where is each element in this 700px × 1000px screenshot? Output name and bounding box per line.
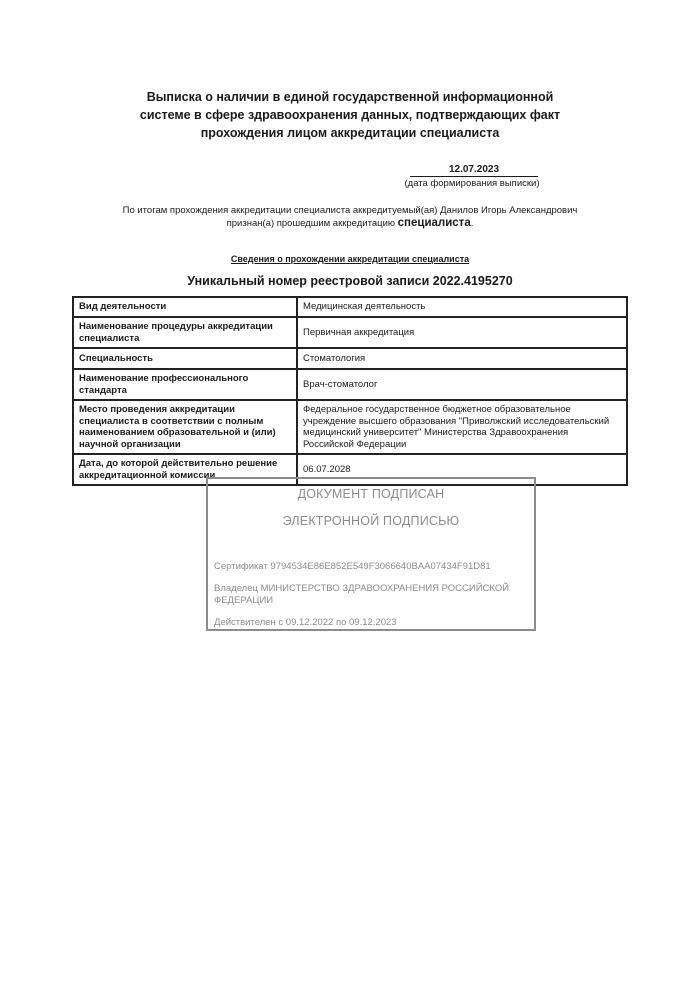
document-title-line: Выписка о наличии в единой государственн…	[100, 88, 600, 106]
intro-line-2-strong: специалиста	[398, 217, 471, 229]
row-value: Медицинская деятельность	[297, 297, 627, 317]
intro-line-1: По итогам прохождения аккредитации специ…	[80, 205, 620, 217]
stamp-heading-1: ДОКУМЕНТ ПОДПИСАН	[208, 487, 534, 501]
row-label: Место проведения аккредитации специалист…	[73, 400, 297, 454]
intro-line-2: признан(а) прошедшим аккредитацию специа…	[80, 217, 620, 230]
issue-date-caption: (дата формирования выписки)	[402, 177, 542, 190]
row-value: Врач-стоматолог	[297, 369, 627, 400]
row-value: Стоматология	[297, 348, 627, 369]
row-label: Вид деятельности	[73, 297, 297, 317]
registry-number: Уникальный номер реестровой записи 2022.…	[100, 274, 600, 288]
stamp-certificate: Сертификат 9794534E86E852E549F3066640BAA…	[214, 561, 529, 573]
intro-line-2-prefix: признан(а) прошедшим аккредитацию	[227, 218, 395, 229]
document-title-line: прохождения лицом аккредитации специалис…	[100, 124, 600, 142]
issue-date-block: 12.07.2023 (дата формирования выписки)	[402, 164, 542, 190]
row-label: Специальность	[73, 348, 297, 369]
document-title-line: системе в сфере здравоохранения данных, …	[100, 106, 600, 124]
table-row: Специальность Стоматология	[73, 348, 627, 369]
issue-date: 12.07.2023	[410, 164, 538, 177]
table-row: Наименование процедуры аккредитации спец…	[73, 317, 627, 348]
stamp-validity: Действителен с 09.12.2022 по 09.12.2023	[214, 617, 529, 629]
electronic-signature-stamp: ДОКУМЕНТ ПОДПИСАН ЭЛЕКТРОННОЙ ПОДПИСЬЮ С…	[206, 477, 536, 631]
document-title: Выписка о наличии в единой государственн…	[100, 88, 600, 142]
section-title: Сведения о прохождении аккредитации спец…	[150, 254, 550, 264]
row-label: Наименование профессионального стандарта	[73, 369, 297, 400]
row-value: Первичная аккредитация	[297, 317, 627, 348]
accreditation-table: Вид деятельности Медицинская деятельност…	[72, 296, 628, 486]
table-row: Вид деятельности Медицинская деятельност…	[73, 297, 627, 317]
table-row: Наименование профессионального стандарта…	[73, 369, 627, 400]
intro-paragraph: По итогам прохождения аккредитации специ…	[80, 205, 620, 230]
row-label: Наименование процедуры аккредитации спец…	[73, 317, 297, 348]
stamp-owner: Владелец МИНИСТЕРСТВО ЗДРАВООХРАНЕНИЯ РО…	[214, 583, 529, 607]
intro-line-2-suffix: .	[471, 218, 474, 229]
stamp-heading-2: ЭЛЕКТРОННОЙ ПОДПИСЬЮ	[208, 514, 534, 528]
table-row: Место проведения аккредитации специалист…	[73, 400, 627, 454]
row-value: Федеральное государственное бюджетное об…	[297, 400, 627, 454]
